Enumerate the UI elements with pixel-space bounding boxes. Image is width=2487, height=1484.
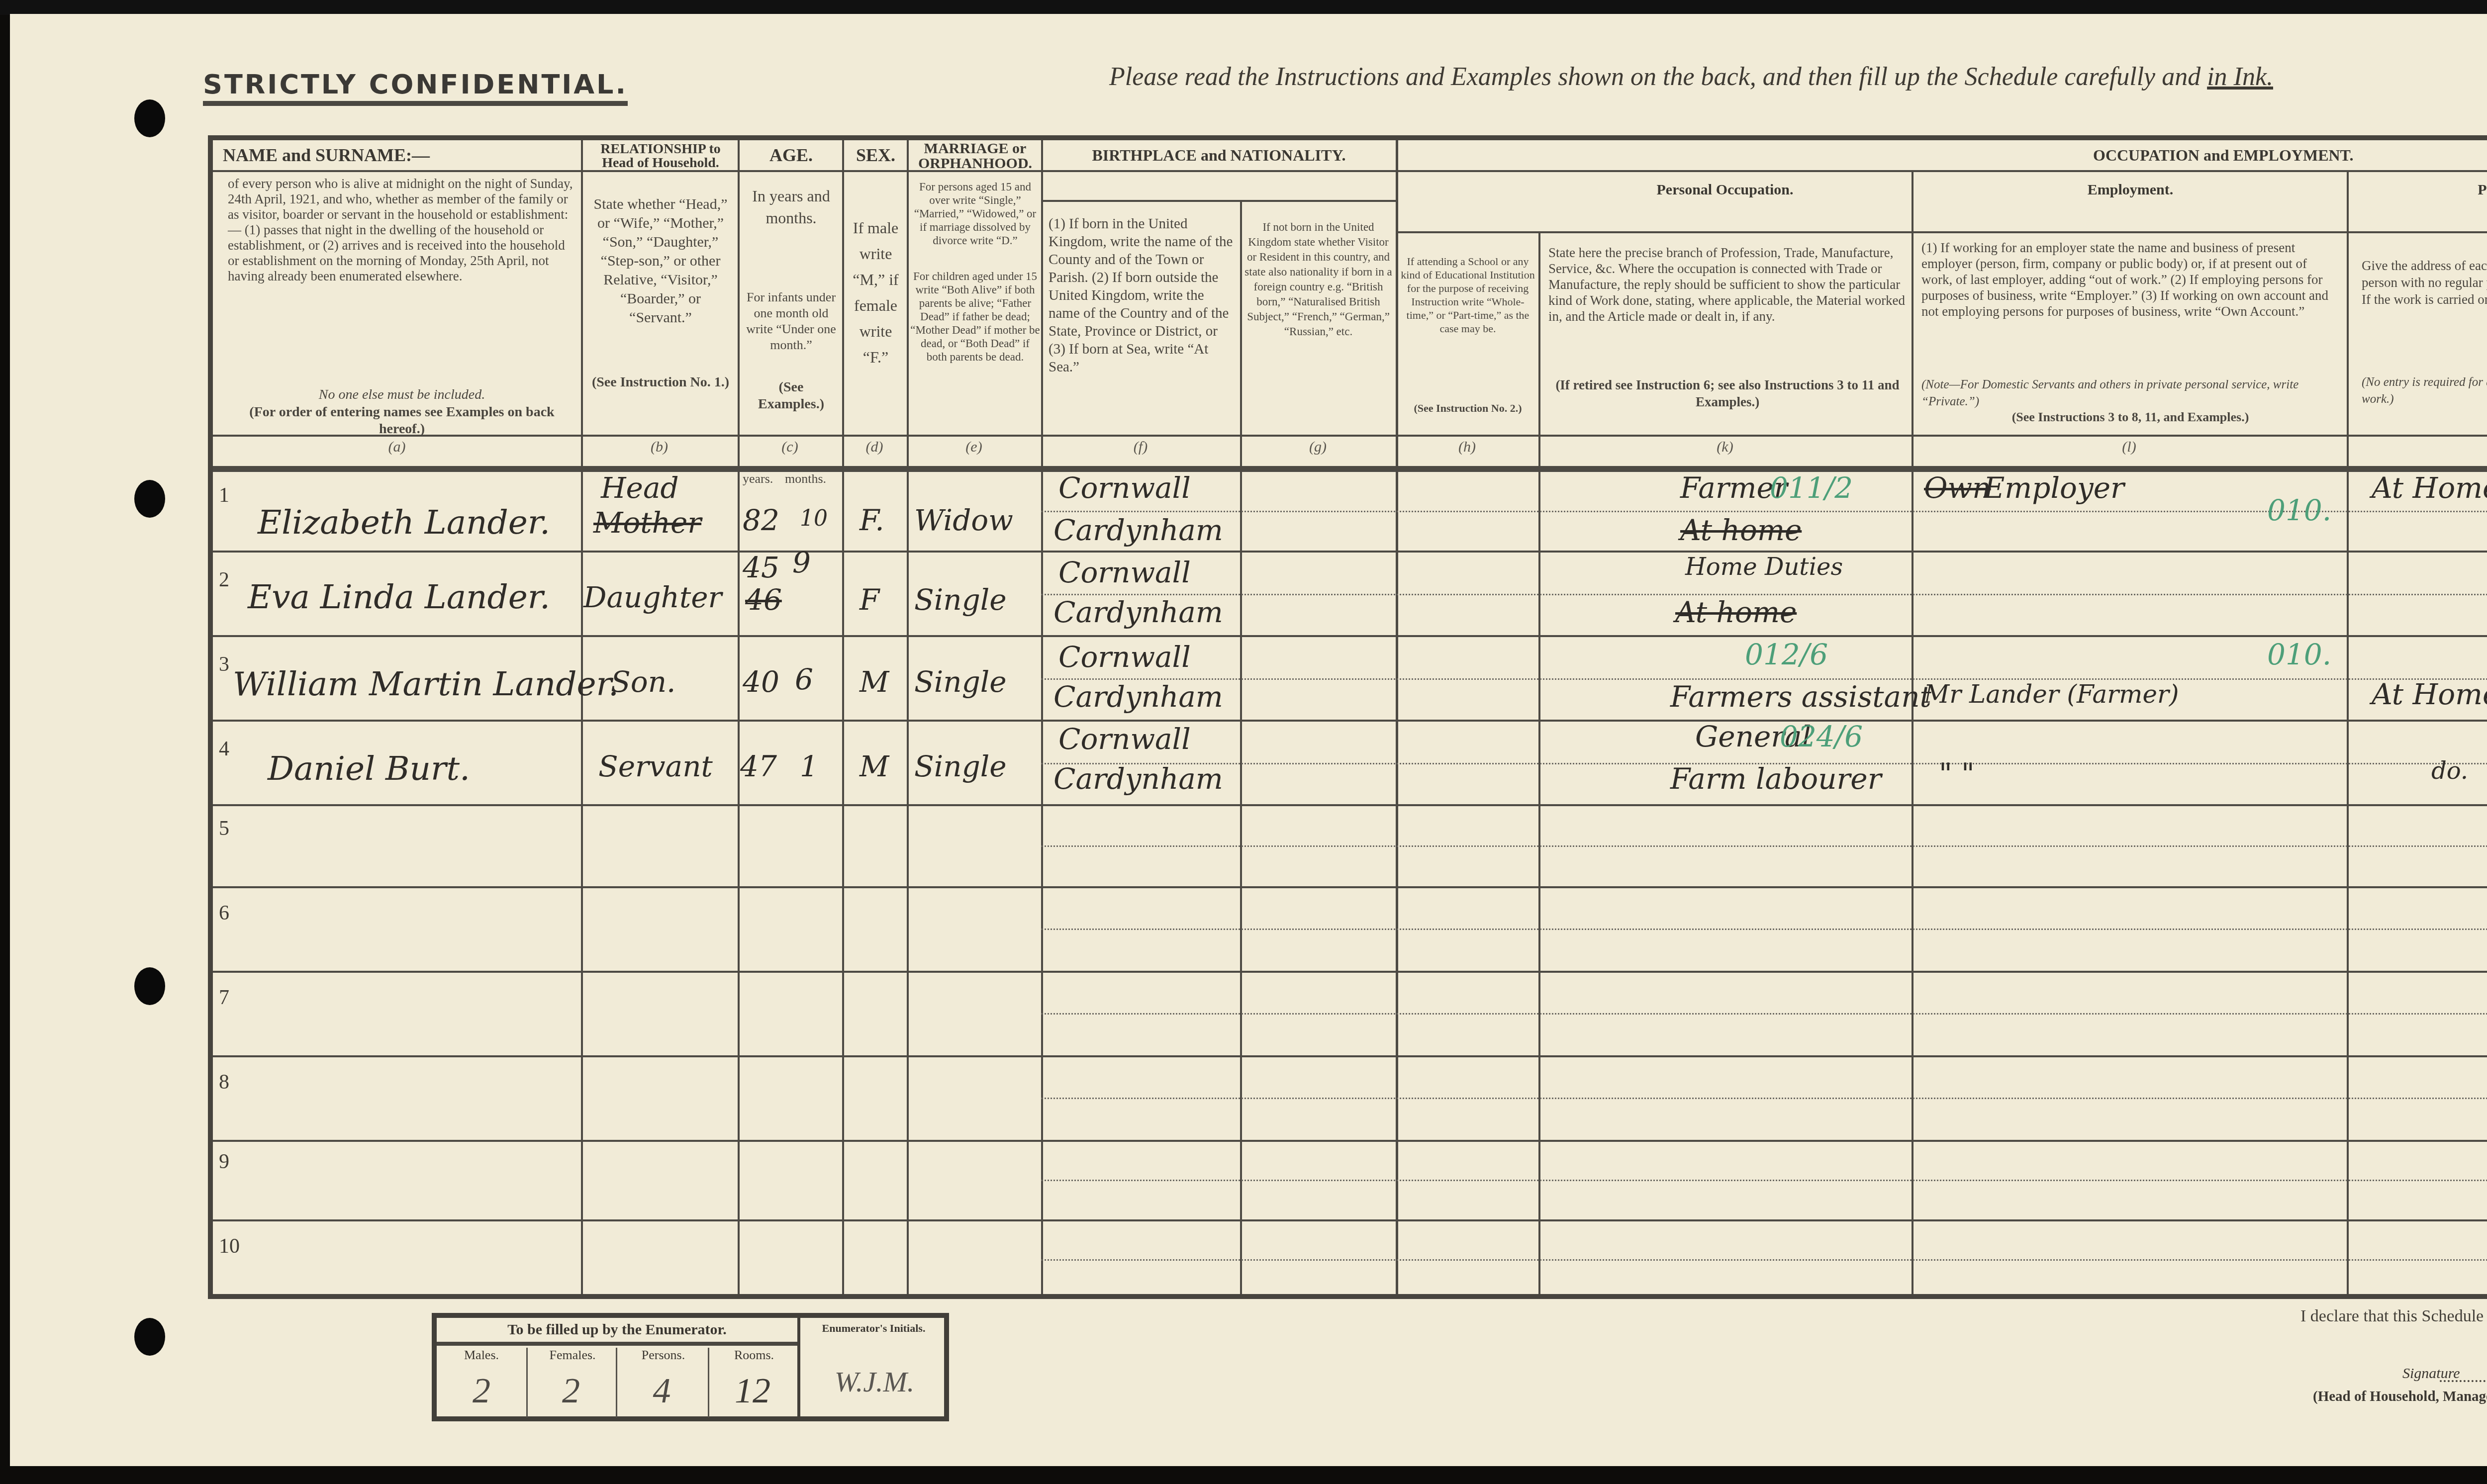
sex-value: F. xyxy=(860,503,884,537)
place-of-work-note: (No entry is required for any person who… xyxy=(2362,374,2487,408)
sex-value: F xyxy=(860,583,879,617)
sex-column-title: SEX. xyxy=(845,145,907,165)
row-number: 4 xyxy=(219,737,229,761)
row-number: 8 xyxy=(219,1070,229,1094)
punch-hole xyxy=(134,99,165,137)
row-number: 2 xyxy=(219,568,229,592)
col-letter-c: (c) xyxy=(738,439,842,456)
scan-top-border xyxy=(0,0,2487,15)
occupation-code: 011/2 xyxy=(1770,471,1853,505)
name-column-note: No one else must be included. xyxy=(228,386,576,403)
age-instructions: In years and months. xyxy=(745,185,837,229)
nationality-instructions: If not born in the United Kingdom state … xyxy=(1243,220,1394,339)
col-divider xyxy=(581,140,583,1294)
row-rule xyxy=(213,1219,2487,1221)
occupation-value: Home Duties xyxy=(1685,553,1843,581)
col-letter-d: (d) xyxy=(842,439,907,456)
sub-rule xyxy=(1041,845,2487,847)
row-rule xyxy=(213,635,2487,637)
row-rule xyxy=(213,804,2487,806)
row-number: 7 xyxy=(219,986,229,1010)
persons-count: 4 xyxy=(616,1370,708,1411)
relationship-see: (See Instruction No. 1.) xyxy=(588,374,733,391)
age-years: 47 xyxy=(740,749,777,783)
age-see: (See Examples.) xyxy=(745,379,837,413)
row-number: 5 xyxy=(219,817,229,840)
name-column-title: NAME and SURNAME:— xyxy=(223,145,581,165)
birth-county: Cornwall xyxy=(1058,556,1191,589)
occupation-value: Farmers assistant xyxy=(1670,680,1931,714)
males-count: 2 xyxy=(437,1370,526,1411)
personal-occupation-instructions: State here the precise branch of Profess… xyxy=(1548,245,1907,324)
sex-value: M xyxy=(860,749,889,783)
header-rule xyxy=(213,170,2487,172)
relationship-value: Servant xyxy=(598,749,713,783)
relationship-column-title: RELATIONSHIP to Head of Household. xyxy=(583,142,738,170)
occupation-code: 024/6 xyxy=(1780,720,1863,753)
col-letter-a: (a) xyxy=(213,439,581,456)
row-number: 10 xyxy=(219,1234,240,1258)
birth-parish: Cardynham xyxy=(1053,762,1223,796)
marriage-children: For children aged under 15 write “Both A… xyxy=(909,270,1041,364)
occupation-struck: At home xyxy=(1675,595,1797,629)
row-number: 9 xyxy=(219,1150,229,1174)
place-of-work-instructions: Give the address of each person's place … xyxy=(2362,257,2487,308)
name-column-order: (For order of entering names see Example… xyxy=(228,404,576,438)
birth-county: Cornwall xyxy=(1058,640,1191,674)
age-months: 6 xyxy=(795,662,813,696)
row-number: 1 xyxy=(219,483,229,507)
instruction-text: Please read the Instructions and Example… xyxy=(1109,63,2207,91)
name-column-instructions: of every person who is alive at midnight… xyxy=(228,176,576,284)
col-divider xyxy=(1041,140,1043,1294)
employment-instructions: (1) If working for an employer state the… xyxy=(1921,240,2339,319)
row-rule xyxy=(213,1140,2487,1142)
sex-value: M xyxy=(860,665,889,699)
person-name: Eva Linda Lander. xyxy=(248,578,550,616)
relationship-value: Head xyxy=(601,471,679,505)
col-divider xyxy=(842,140,844,1294)
declaration-text: I declare that this Schedule is correctl… xyxy=(2300,1307,2487,1326)
enumerator-box-title: To be filled up by the Enumerator. xyxy=(437,1318,797,1346)
col-letter-l: (l) xyxy=(1912,439,2347,456)
marriage-value: Single xyxy=(914,583,1007,617)
age-infants: For infants under one month old write “U… xyxy=(745,289,837,353)
col-divider xyxy=(1912,170,1913,1294)
col-divider xyxy=(907,140,909,1294)
relationship-value: Son. xyxy=(611,665,675,699)
col-divider xyxy=(2347,170,2349,1294)
signature-line xyxy=(2440,1380,2487,1382)
enumerator-totals-box: To be filled up by the Enumerator. Enume… xyxy=(432,1313,949,1421)
enumerator-initials: W.J.M. xyxy=(807,1365,942,1398)
in-ink-emphasis: in Ink. xyxy=(2207,63,2273,91)
occupation-value: Farm labourer xyxy=(1670,762,1881,796)
rooms-count: 12 xyxy=(708,1370,797,1411)
marriage-value: Widow xyxy=(914,503,1013,537)
row-number: 6 xyxy=(219,901,229,925)
sub-rule xyxy=(1041,1180,2487,1181)
age-months-label: months. xyxy=(785,471,826,486)
sub-rule xyxy=(1041,1098,2487,1099)
col-letter-e: (e) xyxy=(907,439,1041,456)
col-letter-h: (h) xyxy=(1396,439,1538,456)
school-see: (See Instruction No. 2.) xyxy=(1398,401,1537,415)
relationship-value: Daughter xyxy=(583,580,722,614)
person-name: William Martin Lander. xyxy=(233,665,619,703)
place-of-work: At Home xyxy=(2372,471,2487,505)
occupation-code: 012/6 xyxy=(1745,638,1828,671)
row-rule xyxy=(213,886,2487,888)
birth-county: Cornwall xyxy=(1058,722,1191,756)
sub-rule xyxy=(1041,1259,2487,1261)
instruction-banner: Please read the Instructions and Example… xyxy=(1109,62,2273,92)
person-name: Daniel Burt. xyxy=(268,749,470,788)
col-letter-m: (m) xyxy=(2347,439,2487,456)
relationship-instructions: State whether “Head,” or “Wife,” “Mother… xyxy=(588,195,733,327)
col-divider xyxy=(738,140,740,1294)
birth-parish: Cardynham xyxy=(1053,680,1223,714)
employment-value: Mr Lander (Farmer) xyxy=(1924,680,2179,709)
row-rule xyxy=(213,720,2487,722)
birth-parish: Cardynham xyxy=(1053,513,1223,547)
birth-county: Cornwall xyxy=(1058,471,1191,505)
age-months: 9 xyxy=(792,546,811,579)
marriage-value: Single xyxy=(914,665,1007,699)
sex-instructions: If male write “M,” if female write “F.” xyxy=(847,215,904,370)
birth-parish: Cardynham xyxy=(1053,595,1223,629)
age-years-label: years. xyxy=(743,471,773,486)
age-years: 82 xyxy=(743,503,779,537)
relationship-struck: Mother xyxy=(593,506,701,540)
col-letter-b: (b) xyxy=(581,439,738,456)
employment-note: (Note—For Domestic Servants and others i… xyxy=(1921,376,2339,410)
row-rule xyxy=(213,1055,2487,1057)
age-months: 10 xyxy=(800,506,828,531)
employment-code: 010. xyxy=(2267,493,2331,527)
personal-occupation-title: Personal Occupation. xyxy=(1538,180,1912,200)
row-rule xyxy=(213,551,2487,553)
confidential-heading: STRICTLY CONFIDENTIAL. xyxy=(203,69,628,106)
age-months: 1 xyxy=(800,749,818,783)
punch-hole xyxy=(134,967,165,1005)
place-of-work-title: Place of Work. xyxy=(2349,180,2487,200)
punch-hole xyxy=(134,1318,165,1356)
signature-label: Signature xyxy=(2402,1365,2460,1382)
header-rule xyxy=(1396,231,2487,233)
row-number: 3 xyxy=(219,652,229,676)
age-struck: 46 xyxy=(745,583,782,617)
sub-rule xyxy=(1041,928,2487,930)
col-letter-f: (f) xyxy=(1041,439,1240,456)
punch-hole xyxy=(134,480,165,518)
employment-see: (See Instructions 3 to 8, 11, and Exampl… xyxy=(1921,409,2339,426)
occupation-struck: At home xyxy=(1680,513,1802,547)
employment-struck: Own xyxy=(1924,471,1991,505)
employment-value: " " xyxy=(1939,757,1975,791)
age-years: 45 xyxy=(743,551,779,584)
females-count: 2 xyxy=(526,1370,616,1411)
age-years: 40 xyxy=(743,665,779,699)
col-divider xyxy=(1240,200,1242,1294)
marriage-column-title: MARRIAGE or ORPHANHOOD. xyxy=(909,141,1041,171)
employment-title: Employment. xyxy=(1914,180,2347,200)
males-label: Males. xyxy=(437,1348,526,1363)
person-name: Elizabeth Lander. xyxy=(258,503,550,542)
census-form-table: NAME and SURNAME:— of every person who i… xyxy=(208,135,2487,1299)
row-rule xyxy=(213,971,2487,973)
age-column-title: AGE. xyxy=(740,145,842,165)
marriage-value: Single xyxy=(914,749,1007,783)
header-rule xyxy=(1041,200,1396,202)
marriage-instructions: For persons aged 15 and over write “Sing… xyxy=(909,180,1041,247)
personal-occupation-see: (If retired see Instruction 6; see also … xyxy=(1548,376,1907,410)
col-letter-k: (k) xyxy=(1538,439,1912,456)
birthplace-instructions: (1) If born in the United Kingdom, write… xyxy=(1049,215,1238,376)
employment-code: 010. xyxy=(2267,638,2331,671)
header-bottom-rule xyxy=(213,466,2487,472)
sub-rule xyxy=(1041,1013,2487,1015)
school-instructions: If attending a School or any kind of Edu… xyxy=(1398,255,1537,335)
col-letter-g: (g) xyxy=(1240,439,1396,456)
birthplace-column-title: BIRTHPLACE and NATIONALITY. xyxy=(1044,145,1394,165)
place-of-work: do. xyxy=(2431,757,2468,785)
employment-value: Employer xyxy=(1984,471,2124,505)
place-of-work: At Home xyxy=(2372,677,2487,711)
signature-note: (Head of Household, Manager of Establish… xyxy=(2313,1389,2487,1405)
occupation-group-title: OCCUPATION and EMPLOYMENT. xyxy=(2093,145,2487,165)
